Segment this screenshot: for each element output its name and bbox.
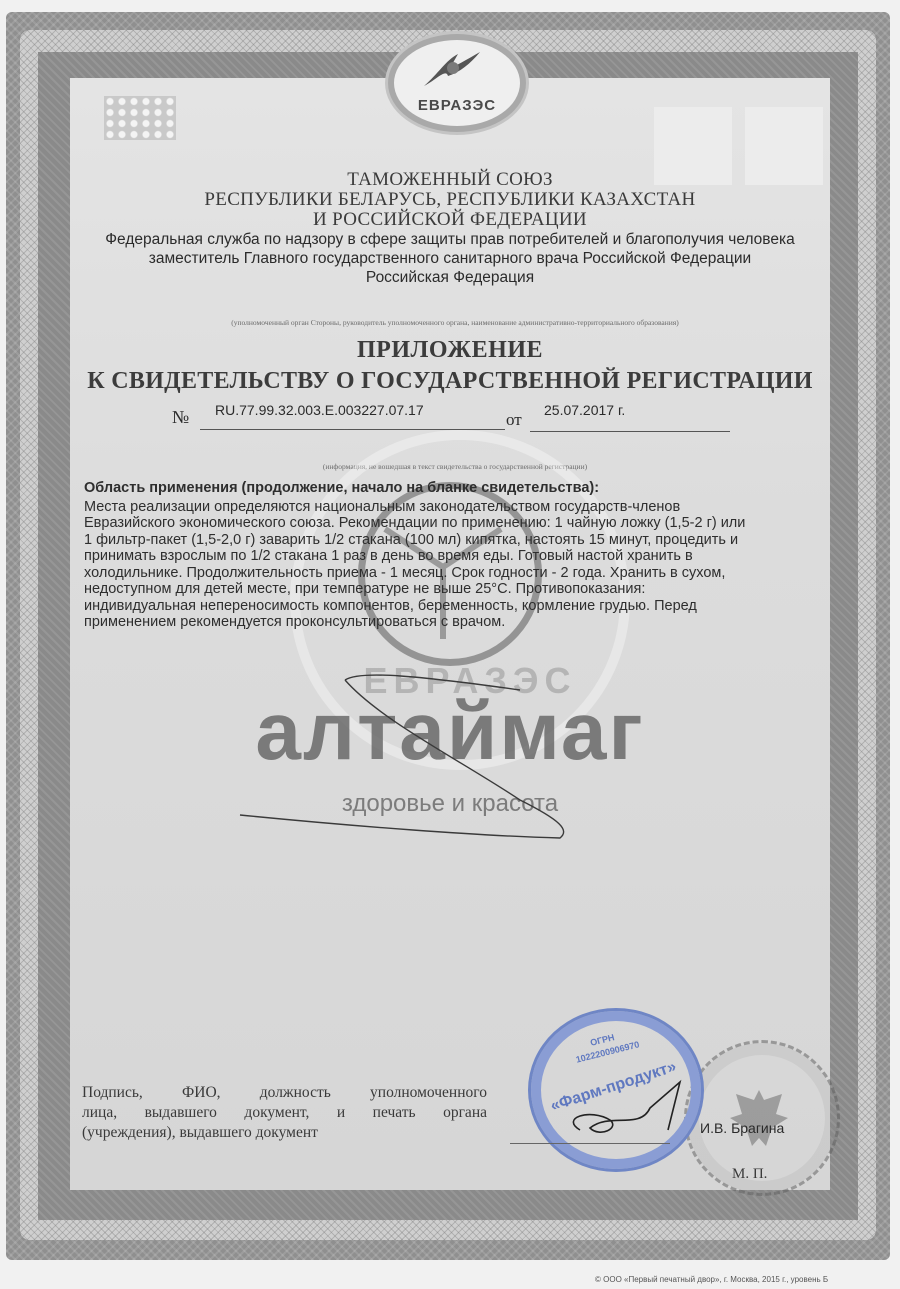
seal-place-label: М. П. [732,1166,767,1183]
signer-name: И.В. Брагина [700,1120,784,1136]
signature-icon [0,0,900,1289]
printer-note: © ООО «Первый печатный двор», г. Москва,… [595,1275,828,1284]
